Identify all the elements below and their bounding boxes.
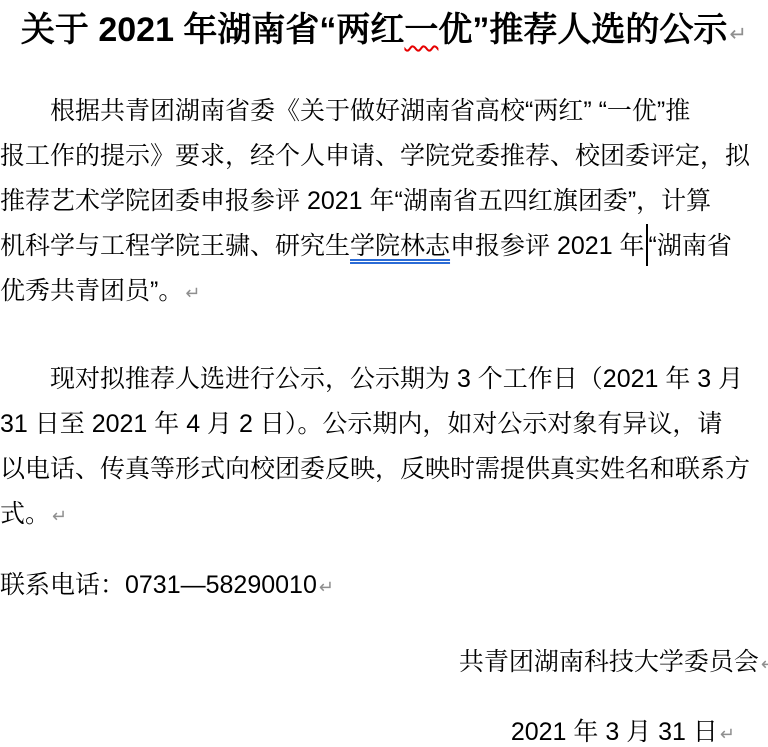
spellcheck-flagged-text: 一 bbox=[404, 11, 438, 49]
text-run: 2021 年 3 月 31 日 bbox=[511, 718, 718, 746]
text-run: 报工作的提示》要求，经个人申请、学院党委推荐、校团委评定，拟 bbox=[0, 142, 750, 170]
document-title: 关于 2021 年湖南省“两红一优”推荐人选的公示↵ bbox=[0, 8, 768, 57]
text-line: 报工作的提示》要求，经个人申请、学院党委推荐、校团委评定，拟 bbox=[0, 134, 768, 179]
paragraph-mark-icon: ↵ bbox=[183, 283, 200, 303]
text-run: 根据共青团湖南省委《关于做好湖南省高校“两红” “一优”推 bbox=[50, 97, 690, 125]
text-line: 优秀共青团员”。↵ bbox=[0, 269, 768, 314]
paragraph-intro: 根据共青团湖南省委《关于做好湖南省高校“两红” “一优”推报工作的提示》要求，经… bbox=[0, 89, 768, 314]
paragraph-mark-icon: ↵ bbox=[50, 506, 67, 526]
document-body: 根据共青团湖南省委《关于做好湖南省高校“两红” “一优”推报工作的提示》要求，经… bbox=[0, 89, 768, 747]
text-line: 以电话、传真等形式向校团委反映，反映时需提供真实姓名和联系方 bbox=[0, 447, 768, 492]
text-line: 2021 年 3 月 31 日↵ bbox=[0, 710, 735, 747]
paragraph-date: 2021 年 3 月 31 日↵ bbox=[0, 710, 768, 747]
word-document-page[interactable]: 关于 2021 年湖南省“两红一优”推荐人选的公示↵ 根据共青团湖南省委《关于做… bbox=[0, 0, 768, 747]
text-run: 式。 bbox=[0, 500, 50, 528]
text-cursor bbox=[646, 224, 648, 266]
paragraph-mark-icon: ↵ bbox=[317, 577, 334, 597]
paragraph-mark-icon: ↵ bbox=[727, 23, 747, 46]
paragraph-publicity-period: 现对拟推荐人选进行公示，公示期为 3 个工作日（2021 年 3 月31 日至 … bbox=[0, 357, 768, 537]
text-line: 联系电话：0731—58290010↵ bbox=[0, 563, 768, 608]
text-run: 申报参评 2021 年 bbox=[450, 232, 645, 260]
paragraph-mark-icon: ↵ bbox=[718, 724, 735, 744]
text-run: 优秀共青团员”。 bbox=[0, 277, 183, 305]
text-run: 机科学与工程学院王骕、研究生 bbox=[0, 232, 350, 260]
text-run: 关于 2021 年湖南省“两红 bbox=[21, 11, 405, 49]
text-run: 现对拟推荐人选进行公示，公示期为 3 个工作日（2021 年 3 月 bbox=[50, 365, 743, 393]
text-line: 根据共青团湖南省委《关于做好湖南省高校“两红” “一优”推 bbox=[0, 89, 768, 134]
text-run: 共青团湖南科技大学委员会 bbox=[459, 648, 759, 676]
text-line: 式。↵ bbox=[0, 492, 768, 537]
text-run: 31 日至 2021 年 4 月 2 日）。公示期内，如对公示对象有异议，请 bbox=[0, 410, 722, 438]
text-line: 31 日至 2021 年 4 月 2 日）。公示期内，如对公示对象有异议，请 bbox=[0, 402, 768, 447]
grammar-flagged-text: 学院林志 bbox=[350, 232, 450, 260]
text-run: 以电话、传真等形式向校团委反映，反映时需提供真实姓名和联系方 bbox=[0, 455, 750, 483]
text-run: 联系电话：0731—58290010 bbox=[0, 571, 317, 599]
text-line: 共青团湖南科技大学委员会↵ bbox=[0, 640, 768, 685]
paragraph-signature: 共青团湖南科技大学委员会↵ bbox=[0, 640, 768, 685]
paragraph-contact: 联系电话：0731—58290010↵ bbox=[0, 563, 768, 608]
text-line: 推荐艺术学院团委申报参评 2021 年“湖南省五四红旗团委”，计算 bbox=[0, 179, 768, 224]
text-run: 优”推荐人选的公示 bbox=[438, 11, 727, 49]
text-run: “湖南省 bbox=[649, 232, 732, 260]
paragraph-mark-icon: ↵ bbox=[759, 654, 768, 674]
text-line: 现对拟推荐人选进行公示，公示期为 3 个工作日（2021 年 3 月 bbox=[0, 357, 768, 402]
text-run: 推荐艺术学院团委申报参评 2021 年“湖南省五四红旗团委”，计算 bbox=[0, 187, 711, 215]
text-line: 机科学与工程学院王骕、研究生学院林志申报参评 2021 年“湖南省 bbox=[0, 224, 768, 269]
